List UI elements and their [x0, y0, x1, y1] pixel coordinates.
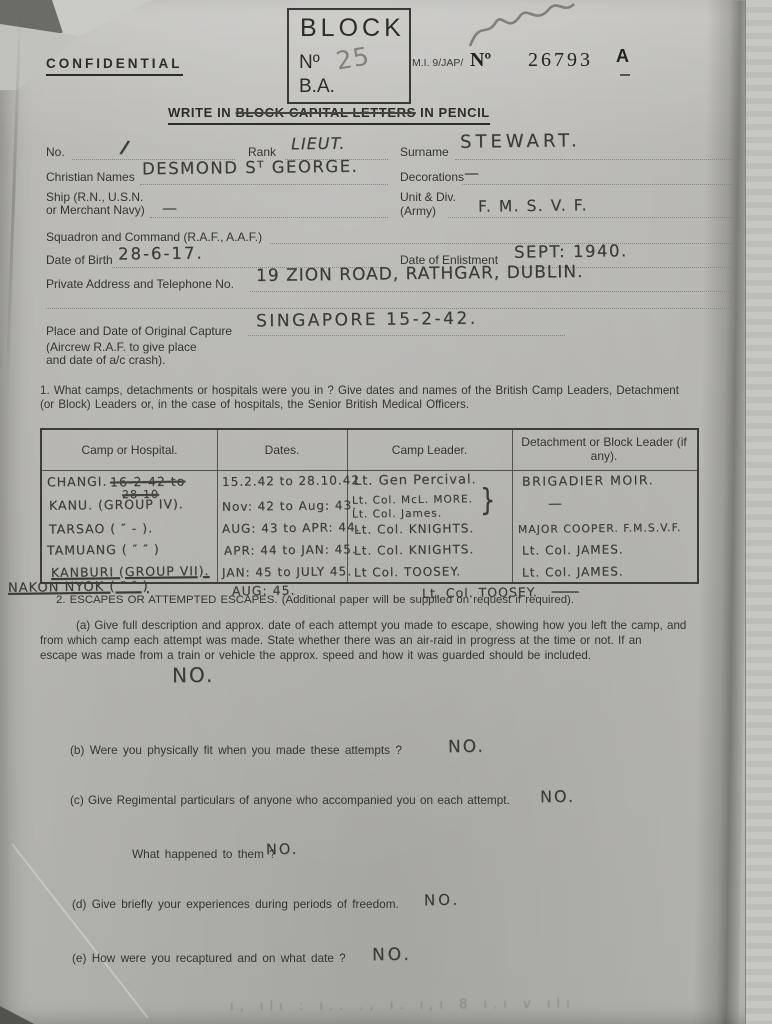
- unit-label-line2: (Army): [400, 204, 436, 218]
- decorations-value: —: [464, 164, 480, 182]
- christian-names-value: DESMOND Sᵀ GEORGE.: [142, 157, 359, 179]
- question1-line1: 1. What camps, detachments or hospitals …: [40, 384, 679, 397]
- ship-label-line1: Ship (R.N., U.S.N.: [46, 190, 143, 204]
- dates-cell: Nov: 42 to Aug: 43.: [222, 498, 357, 514]
- detachment-cell: BRIGADIER MOIR.: [522, 472, 654, 489]
- detachment-cell: MAJOR COOPER. F.M.S.V.F.: [518, 521, 682, 536]
- ship-label-line2: or Merchant Navy): [46, 203, 145, 217]
- detachment-cell: Lt. Col. JAMES.: [522, 564, 624, 579]
- dotted-rule: [150, 216, 388, 218]
- dates-cell: APR: 44 to JAN: 45.: [224, 542, 357, 558]
- table-header-dates: Dates.: [217, 443, 347, 457]
- dob-label: Date of Birth: [46, 253, 113, 267]
- form-title-part1: WRITE IN: [168, 105, 236, 120]
- question-c-answer: NO.: [540, 787, 575, 806]
- scanned-pow-form: CONFIDENTIAL BLOCK Nº 25 B.A. M.I. 9/JAP…: [0, 0, 772, 1024]
- camp-cell: CHANGI.: [47, 474, 108, 490]
- rank-value: LIEUT.: [291, 134, 346, 154]
- dotted-rule: [448, 216, 735, 218]
- leader-cell: Lt. Col. McL. MORE.: [352, 493, 473, 506]
- dotted-rule: [46, 307, 735, 309]
- underlying-page-edge: [745, 0, 772, 1024]
- bottom-left-corner-dark: [0, 1006, 34, 1024]
- camps-table: Camp or Hospital. Dates. Camp Leader. De…: [40, 428, 699, 584]
- leader-cell: Lt Col. TOOSEY.: [354, 564, 461, 579]
- address-label: Private Address and Telephone No.: [46, 277, 234, 291]
- question1-line2: (or Block) Leaders or, in the case of ho…: [40, 398, 469, 411]
- series-underline-mark: [620, 74, 630, 76]
- table-header-rule: [42, 470, 697, 471]
- question-c-followup-label: What happened to them ?: [132, 847, 276, 861]
- dotted-rule: [248, 334, 565, 336]
- camp-cell: KANBURI (GROUP VII).: [51, 563, 210, 580]
- question-a-line3: escape was made from a train or vehicle …: [40, 649, 591, 662]
- leader-cell: Lt. Col. KNIGHTS.: [354, 542, 474, 557]
- question-b-label: (b) Were you physically fit when you mad…: [70, 743, 402, 757]
- dates-cell: AUG: 43 to APR: 44.: [222, 520, 361, 536]
- question-a-answer: NO.: [172, 663, 215, 688]
- question-e-answer: NO.: [372, 945, 412, 965]
- dates-cell: JAN: 45 to JULY 45.: [222, 564, 352, 580]
- table-column-divider: [512, 430, 513, 582]
- table-header-detachment: Detachment or Block Leader (if any).: [520, 436, 688, 463]
- dotted-rule: [140, 183, 388, 185]
- dates-cell: 15.2.42 to 28.10.42: [222, 473, 360, 489]
- unit-label-line1: Unit & Div.: [400, 190, 456, 204]
- block-stamp-title: BLOCK: [300, 14, 405, 43]
- decorations-label: Decorations: [400, 170, 464, 184]
- table-header-camp: Camp or Hospital.: [42, 443, 217, 457]
- dotted-rule: [250, 290, 735, 292]
- camp-cell: TAMUANG ( ″ ″ ): [47, 541, 160, 557]
- ref-dept: M.I. 9/JAP/: [412, 57, 463, 69]
- question-e-label: (e) How were you recaptured and on what …: [72, 951, 346, 965]
- unit-value: F. M. S. V. F.: [478, 196, 588, 215]
- capture-sub-line2: and date of a/c crash).: [46, 353, 165, 367]
- pencil-squiggle: [462, 0, 602, 52]
- leader-cell: Lt. Gen Percival.: [354, 472, 477, 488]
- detachment-cell: Lt. Col. JAMES.: [522, 542, 624, 557]
- dotted-rule: [462, 183, 735, 185]
- capture-sub-line1: (Aircrew R.A.F. to give place: [46, 340, 197, 354]
- form-title: WRITE IN BLOCK CAPITAL LETTERS IN PENCIL: [168, 105, 490, 125]
- enlistment-value: SEPT: 1940.: [514, 241, 628, 261]
- surname-label: Surname: [400, 145, 449, 159]
- question-a-line2: from which camp each attempt was made. S…: [40, 634, 642, 647]
- capture-value: SINGAPORE 15-2-42.: [256, 309, 478, 332]
- confidential-stamp: CONFIDENTIAL: [46, 56, 183, 76]
- squadron-label: Squadron and Command (R.A.F., A.A.F.): [46, 230, 262, 244]
- detachment-cell: —: [548, 496, 563, 512]
- camp-cell: TARSAO ( ″ - ).: [49, 520, 153, 536]
- surname-value: STEWART.: [460, 130, 581, 152]
- ship-value: —: [162, 199, 178, 217]
- bottom-left-crease: [11, 844, 148, 1019]
- form-title-part2: BLOCK CAPITAL LETTERS: [236, 105, 416, 120]
- question-a-line1: (a) Give full description and approx. da…: [76, 619, 686, 632]
- question-d-label: (d) Give briefly your experiences during…: [72, 897, 399, 911]
- question-c-label: (c) Give Regimental particulars of anyon…: [70, 793, 510, 807]
- dob-value: 28-6-17.: [118, 243, 204, 263]
- dotted-rule: [270, 242, 735, 244]
- dotted-rule: [455, 158, 735, 160]
- address-value: 19 ZION ROAD, RATHGAR, DUBLIN.: [256, 262, 584, 286]
- ref-series-letter: A: [616, 46, 629, 67]
- ref-no-label: Nº: [470, 49, 491, 72]
- block-stamp-district: B.A.: [299, 76, 335, 98]
- camp-cell: KANU. (GROUP IV).: [49, 496, 184, 513]
- christian-names-label: Christian Names: [46, 170, 135, 184]
- question-b-answer: NO.: [448, 737, 485, 757]
- form-title-part3: IN PENCIL: [416, 105, 490, 120]
- bleed-through-marks: ı, ılı : ı.. ., ı. ı,ı 8 ı.ı v ılı: [230, 996, 576, 1014]
- leader-cell: Lt. Col. James.: [352, 507, 442, 520]
- capture-label: Place and Date of Original Capture: [46, 324, 232, 338]
- no-label: No.: [46, 145, 65, 159]
- question2-text: 2. ESCAPES OR ATTEMPTED ESCAPES. (Additi…: [56, 594, 574, 606]
- block-stamp-no-value: 25: [334, 41, 372, 75]
- block-stamp-no-label: Nº: [299, 52, 320, 74]
- question-d-answer: NO.: [424, 891, 460, 909]
- ref-number: 26793: [528, 49, 593, 72]
- question-c-followup-answer: NO.: [266, 842, 298, 858]
- leader-brace: }: [480, 483, 496, 518]
- leader-cell: Lt. Col. KNIGHTS.: [354, 521, 474, 536]
- table-header-leader: Camp Leader.: [347, 443, 512, 457]
- no-value: /: [119, 137, 132, 158]
